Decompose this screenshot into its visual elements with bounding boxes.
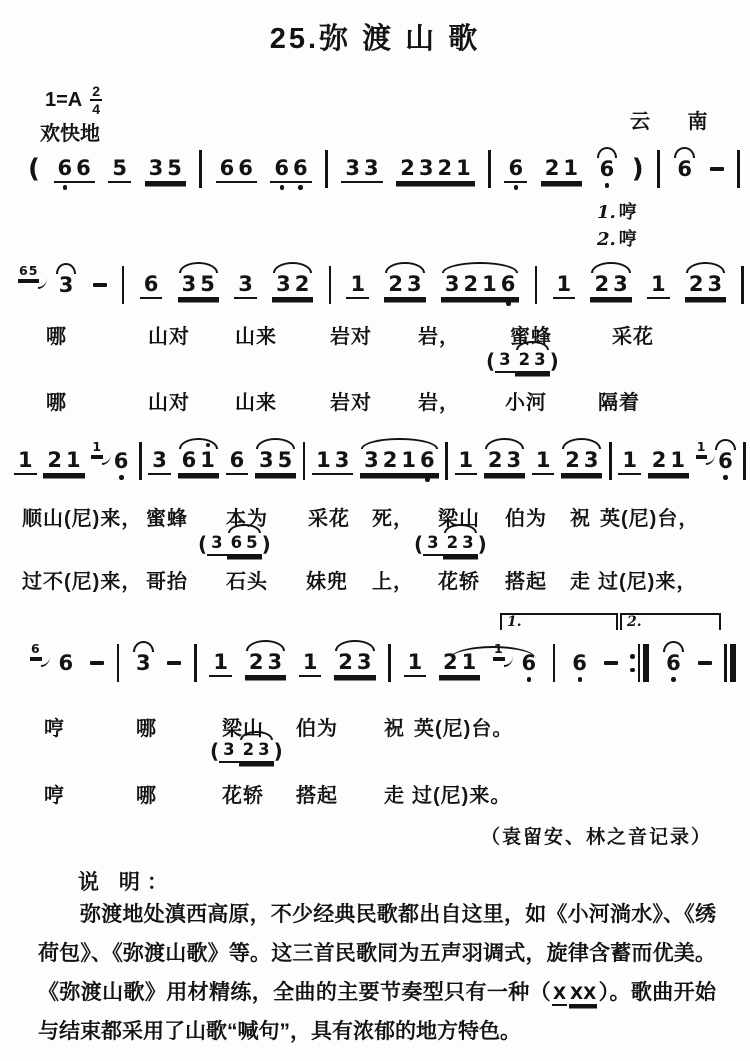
note-group: 1 [618,448,641,475]
note: 1 [534,450,553,471]
note-group: 13 [312,448,353,475]
note: 2 [45,450,64,471]
barline [388,644,391,682]
note: 1 [620,450,639,471]
dash-note [698,661,712,665]
lyric-syllable: 过(尼)来。 [412,779,511,808]
note-group: 23 [239,740,274,763]
note-group: 23 [484,448,525,475]
note: 2 [241,742,256,759]
lyric-syllable: 妹兜 [306,565,348,594]
note-group: 61 [178,448,219,475]
note: 2 [592,274,611,295]
lyric-syllable: 山来 [235,386,277,415]
note-group: 6 [140,272,163,299]
lyric-syllable: 山来 [235,320,277,349]
note: 3 [417,158,436,179]
note: 2 [398,158,417,179]
note: 1 [668,450,687,471]
region-label: 云 南 [630,105,724,134]
note: 3 [355,652,374,673]
page-title: 25.弥 渡 山 歌 [0,16,750,57]
paren: ) [632,156,644,182]
note: 6 [218,158,237,179]
barline [117,644,120,682]
note-group: 66 [54,156,95,183]
lyric-syllable: 死， [372,502,414,531]
note-group: 1 [455,448,478,475]
thick-bar [643,644,649,682]
note-group: 23 [334,650,375,677]
paren: ( [486,351,495,371]
note-group: 6 [504,156,527,183]
lyric-syllable: 哪 [136,712,157,741]
note: 3 [134,653,153,674]
note-group: 35 [145,156,186,183]
note-group: 66 [216,156,257,183]
note: 1 [649,274,668,295]
lyric-syllable: 本为 [226,502,268,531]
note: 6 [142,274,161,295]
lyric-syllable: 过(尼)来， [598,565,697,594]
note-group: 3 [132,651,155,676]
dash-note [167,661,181,665]
barline [329,266,332,304]
note: 1 [555,274,574,295]
note: 1 [348,274,367,295]
barline [535,266,538,304]
note-group: 3 [495,350,514,373]
volta-bracket: 2. [620,613,721,630]
note-group: 1 [553,272,576,299]
note: 2 [650,450,669,471]
note: 2 [293,274,312,295]
annotation-notes: (323) [210,740,283,763]
note: 2 [436,158,455,179]
note: 3 [343,158,362,179]
note: 1 [457,450,476,471]
lyric-syllable: 采花 [612,320,654,349]
note: 6 [570,653,589,674]
note: 3 [362,450,381,471]
note: 3 [221,742,236,759]
barline [199,150,202,188]
lyric-syllable: 哪 [46,386,67,415]
note-group: 33 [341,156,382,183]
lyric-syllable: 花轿 [222,779,264,808]
annotation-notes: (323) [414,533,487,556]
key-signature: 1=A [45,89,82,112]
note: 6 [112,451,131,472]
note-group: 6 [596,157,619,182]
paren: ) [550,351,559,371]
note-group: 23 [443,533,478,556]
note: 3 [460,535,475,552]
lyric-syllable: 岩对 [330,320,372,349]
note-group: 21 [648,448,689,475]
note: 2 [445,535,460,552]
thin-bar [724,644,727,682]
barline [609,442,612,480]
barline [139,442,142,480]
note: 1 [198,450,217,471]
barline [445,442,448,480]
note: 3 [274,274,293,295]
note: 6 [272,158,291,179]
note: 6 [180,450,199,471]
dash-note [710,167,724,171]
note: 1 [314,450,333,471]
note: 5 [110,158,129,179]
attribution: （袁留安、林之音记录） [0,822,712,849]
paren: ) [274,741,283,761]
note-group: 21 [43,448,84,475]
note-group: 35 [255,448,296,475]
note: 3 [209,535,224,552]
note: 3 [425,535,440,552]
lyric-syllable: 隔着 [598,386,640,415]
note: 2 [563,450,582,471]
note: 5 [198,274,217,295]
barline [657,150,660,188]
lyric-syllable: 走 [384,779,405,808]
note: 6 [291,158,310,179]
barline [488,150,491,188]
note: 6 [229,535,244,552]
lyric-syllable: 岩， [418,386,460,415]
note: 1 [211,652,230,673]
dash-note [90,661,104,665]
note: 3 [497,352,512,369]
note: 2 [687,274,706,295]
lyric-syllable: 英(尼)台。 [414,712,513,741]
note: 1 [64,450,83,471]
paren: ( [28,156,40,182]
note: 3 [57,275,76,296]
note: 6 [228,450,247,471]
note-group: 1 [647,272,670,299]
rhythm-pattern-sixteenths: XX [569,984,597,1006]
lyric-syllable: 石头 [226,565,268,594]
repeat-dots [630,650,635,676]
score-line-2: 6536353321233216123123 [18,266,744,304]
note: 5 [244,535,259,552]
note: 3 [236,274,255,295]
lyric-syllable: 梁山 [222,712,264,741]
verse-number-2: 2. [597,229,616,250]
barline [737,150,740,188]
note-group: 6 [110,449,133,474]
barline [303,442,306,480]
note: 6 [56,158,75,179]
note-group: 3 [423,533,442,556]
note-group: 6 [226,448,249,475]
note: 3 [532,352,547,369]
dash-note [93,283,107,287]
note: 2 [336,652,355,673]
note: 3 [443,274,462,295]
note-group: 3216 [360,448,439,475]
verse-syllable-1: 哼 [619,202,637,222]
note: 3 [611,274,630,295]
note: 1 [480,274,499,295]
note: 5 [165,158,184,179]
lyric-syllable: 山对 [148,320,190,349]
note-group: 1 [209,650,232,677]
lyric-syllable: 祝 [384,712,405,741]
lyric-syllable: 岩， [418,320,460,349]
note-group: 1 [404,650,427,677]
grace-note: 1 [91,441,103,457]
grace-note: 65 [18,265,39,281]
grace-note: 6 [30,643,42,659]
paren: ) [262,534,271,554]
lyric-syllable: 伯为 [505,502,547,531]
barline [741,266,744,304]
note: 6 [236,158,255,179]
lyric-syllable: 哼 [44,712,65,741]
note-group: 6 [714,449,737,474]
score-line-4: 6631231231211666 [30,644,736,682]
note: 3 [505,450,524,471]
lyric-syllable: 采花 [308,502,350,531]
barline [122,266,125,304]
barline [194,644,197,682]
note-group: 1 [346,272,369,299]
note-group: 2321 [396,156,475,183]
verse-syllable-2: 哼 [619,229,637,249]
verse-number-1: 1. [597,202,616,223]
note-group: 23 [515,350,550,373]
barline [553,644,556,682]
note: 1 [301,652,320,673]
barline [325,150,328,188]
note: 6 [74,158,93,179]
note-group: 6 [568,651,591,676]
note: 2 [486,450,505,471]
dash-note [604,661,618,665]
lyric-syllable: 哪 [136,779,157,808]
verse-marker-2: 2.哼 [597,226,637,253]
note: 1 [406,652,425,673]
note-group: 6 [54,651,77,676]
note-group: 23 [590,272,631,299]
note: 1 [561,158,580,179]
note: 6 [664,653,683,674]
volta-bracket: 1. [500,613,618,630]
note: 6 [675,159,694,180]
lyric-syllable: 哼 [44,779,65,808]
time-signature-top: 2 [90,84,102,101]
note-group: 32 [272,272,313,299]
lyric-syllable: 上， [372,565,414,594]
note: 3 [180,274,199,295]
note: 6 [598,159,617,180]
lyric-syllable: 蜜蜂 [146,502,188,531]
note: 3 [150,450,169,471]
note-group: 66 [270,156,311,183]
note: 3 [265,652,284,673]
note-group: 65 [227,533,262,556]
time-signature-bottom: 4 [92,101,100,116]
annotation-notes: (323) [486,350,559,373]
note-group: 3216 [441,272,520,299]
rhythm-pattern-eighth: X [552,984,567,1006]
note-group: 3 [234,272,257,299]
lyric-syllable: 花轿 [438,565,480,594]
paren: ( [210,741,219,761]
lyric-syllable: 哥抬 [146,565,188,594]
note: 6 [716,451,735,472]
note: 6 [56,653,75,674]
lyric-syllable: 山对 [148,386,190,415]
note: 2 [462,274,481,295]
note: 3 [257,450,276,471]
note: 2 [247,652,266,673]
note: 2 [386,274,405,295]
lyric-syllable: 祝 [570,502,591,531]
verse-marker-1: 1.哼 [597,199,637,226]
note-group: 35 [178,272,219,299]
note-group: 3 [148,448,171,475]
note-group: 23 [561,448,602,475]
paren: ) [478,534,487,554]
grace-note: 1 [696,441,708,457]
repeat-barline [630,644,649,682]
lyric-syllable: 岩对 [330,386,372,415]
lyric-syllable: 搭起 [296,779,338,808]
note-group: 23 [685,272,726,299]
note: 1 [399,450,418,471]
thick-bar [730,644,736,682]
lyric-syllable: 走 [570,565,591,594]
note: 2 [517,352,532,369]
note: 3 [362,158,381,179]
note-group: 5 [108,156,131,183]
note: 3 [256,742,271,759]
paren: ( [198,534,207,554]
note: 3 [405,274,424,295]
note: 3 [147,158,166,179]
thin-bar [638,644,641,682]
note: 2 [543,158,562,179]
volta-label: 1. [507,615,522,629]
note-group: 3 [219,740,238,763]
tempo-marking: 欢快地 [40,117,100,146]
lyric-syllable: 伯为 [296,712,338,741]
score-line-1: (6653566663323216216)6 [28,150,740,188]
final-barline [724,644,736,682]
note: 3 [706,274,725,295]
note: 1 [454,158,473,179]
note: 6 [418,450,437,471]
notes-heading: 说 明： [78,866,175,896]
note-group: 23 [245,650,286,677]
verse-markers: 1.哼 2.哼 [597,199,637,253]
paren: ( [414,534,423,554]
note-group: 23 [384,272,425,299]
sheet-music-page: 25.弥 渡 山 歌 1=A 2 4 欢快地 云 南 (665356666332… [0,0,750,1061]
note: 3 [333,450,352,471]
time-signature: 2 4 [90,84,102,116]
lyric-syllable: 蜜蜂 [510,320,552,349]
barline [743,442,746,480]
key-and-time-signature: 1=A 2 4 [45,84,102,116]
note: 5 [276,450,295,471]
lyric-syllable: 哪 [46,320,67,349]
note-group: 21 [541,156,582,183]
note: 6 [499,274,518,295]
annotation-notes: (365) [198,533,271,556]
lyric-syllable: 搭起 [505,565,547,594]
note-group: 1 [14,448,37,475]
notes-paragraph: 弥渡地处滇西高原，不少经典民歌都出自这里，如《小河淌水》、《绣荷包》、《弥渡山歌… [38,896,716,1051]
score-line-3: 1211636163513321612312312116 [14,442,746,480]
note-group: 1 [299,650,322,677]
note-group: 6 [673,157,696,182]
note-group: 1 [532,448,555,475]
volta-label: 2. [627,615,642,629]
note: 3 [582,450,601,471]
lyric-syllable: 过不(尼)来， [22,565,142,594]
lyric-syllable: 顺山(尼)来， [22,502,142,531]
note: 2 [381,450,400,471]
lyric-syllable: 英(尼)台， [600,502,699,531]
note: 6 [506,158,525,179]
note-group: 6 [662,651,685,676]
note-group: 3 [207,533,226,556]
lyric-syllable: 梁山 [438,502,480,531]
note: 1 [16,450,35,471]
note-group: 3 [55,273,78,298]
lyric-syllable: 小河 [505,386,547,415]
